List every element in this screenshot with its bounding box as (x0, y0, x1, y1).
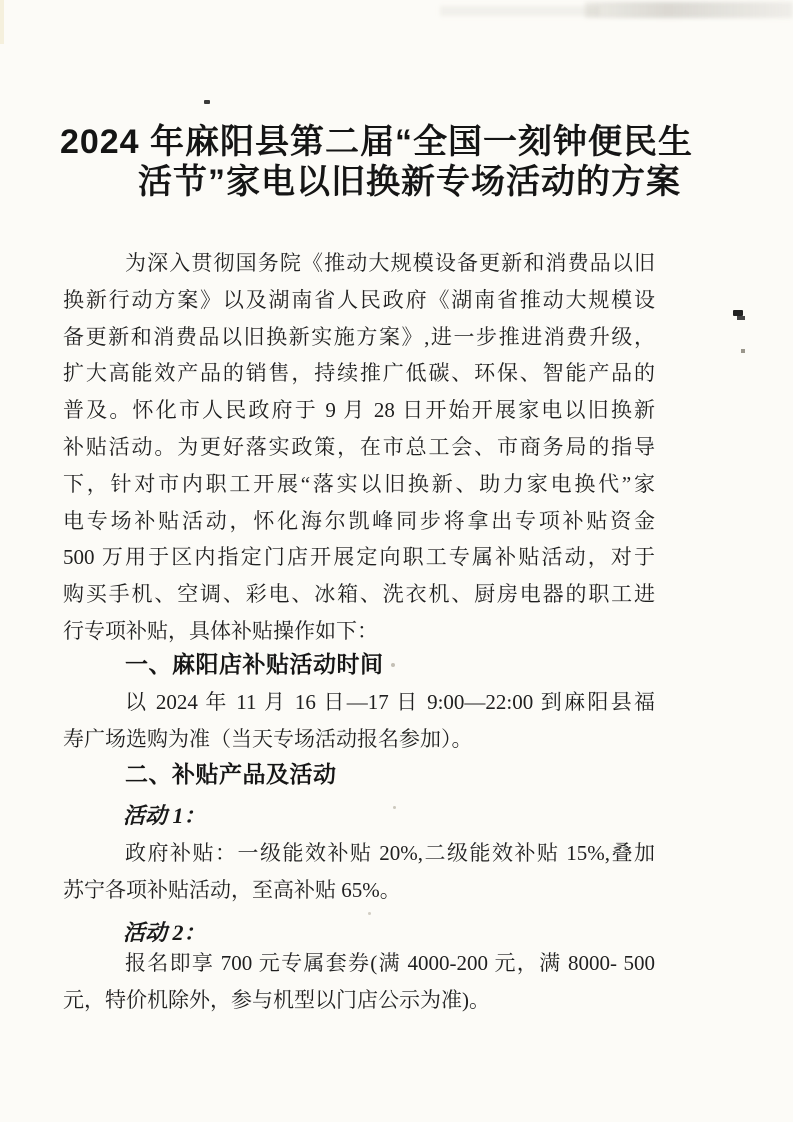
scanned-document-page: 2024 年麻阳县第二届“全国一刻钟便民生 活节”家电以旧换新专场活动的方案 为… (0, 0, 793, 1122)
text-line: 补贴活动。为更好落实政策，在市总工会、市商务局的指导 (63, 429, 655, 466)
text-line: 备更新和消费品以旧换新实施方案》,进一步推进消费升级， (63, 319, 655, 356)
scan-smudge-artifact (440, 6, 600, 16)
scan-speck-artifact (733, 310, 743, 316)
text-line: 下，针对市内职工开展“落实以旧换新、助力家电换代”家 (63, 466, 655, 503)
title-line-1: 2024 年麻阳县第二届“全国一刻钟便民生 (0, 122, 773, 162)
title-line-2: 活节”家电以旧换新专场活动的方案 (13, 162, 793, 202)
activity1-label: 活动 1： (63, 798, 206, 834)
section1-heading: 一、麻阳店补贴活动时间 (63, 646, 655, 683)
text-line: 为深入贯彻国务院《推动大规模设备更新和消费品以旧 (63, 245, 655, 282)
text-line: 苏宁各项补贴活动，至高补贴 65%。 (63, 872, 655, 909)
scan-edge-artifact (0, 0, 4, 44)
activity2-paragraph: 报名即享 700 元专属套券(满 4000-200 元，满 8000- 500 … (63, 945, 655, 1019)
scan-speck-artifact (741, 349, 745, 353)
document-title: 2024 年麻阳县第二届“全国一刻钟便民生 活节”家电以旧换新专场活动的方案 (0, 122, 793, 202)
text-line: 寿广场选购为准（当天专场活动报名参加）。 (63, 721, 655, 758)
intro-paragraph: 为深入贯彻国务院《推动大规模设备更新和消费品以旧 换新行动方案》以及湖南省人民政… (63, 245, 655, 650)
text-line: 500 万用于区内指定门店开展定向职工专属补贴活动，对于 (63, 539, 655, 576)
text-line: 扩大高能效产品的销售，持续推广低碳、环保、智能产品的 (63, 355, 655, 392)
section1-paragraph: 以 2024 年 11 月 16 日—17 日 9:00—22:00 到麻阳县福… (63, 684, 655, 758)
scan-speck-artifact (368, 912, 371, 915)
text-line: 电专场补贴活动，怀化海尔凯峰同步将拿出专项补贴资金 (63, 503, 655, 540)
text-line: 普及。怀化市人民政府于 9 月 28 日开始开展家电以旧换新 (63, 392, 655, 429)
scan-speck-artifact (393, 806, 396, 809)
text-line: 以 2024 年 11 月 16 日—17 日 9:00—22:00 到麻阳县福 (63, 684, 655, 721)
text-line: 报名即享 700 元专属套券(满 4000-200 元，满 8000- 500 (63, 945, 655, 982)
section2-heading: 二、补贴产品及活动 (63, 756, 655, 793)
text-line: 购买手机、空调、彩电、冰箱、洗衣机、厨房电器的职工进 (63, 576, 655, 613)
activity1-paragraph: 政府补贴：一级能效补贴 20%,二级能效补贴 15%,叠加 苏宁各项补贴活动，至… (63, 835, 655, 909)
text-line: 政府补贴：一级能效补贴 20%,二级能效补贴 15%,叠加 (63, 835, 655, 872)
text-line: 换新行动方案》以及湖南省人民政府《湖南省推动大规模设 (63, 282, 655, 319)
scan-smudge-artifact (585, 2, 793, 18)
text-line: 元，特价机除外，参与机型以门店公示为准)。 (63, 982, 655, 1019)
text-line: 行专项补贴，具体补贴操作如下： (63, 613, 655, 650)
scan-speck-artifact (204, 100, 210, 104)
